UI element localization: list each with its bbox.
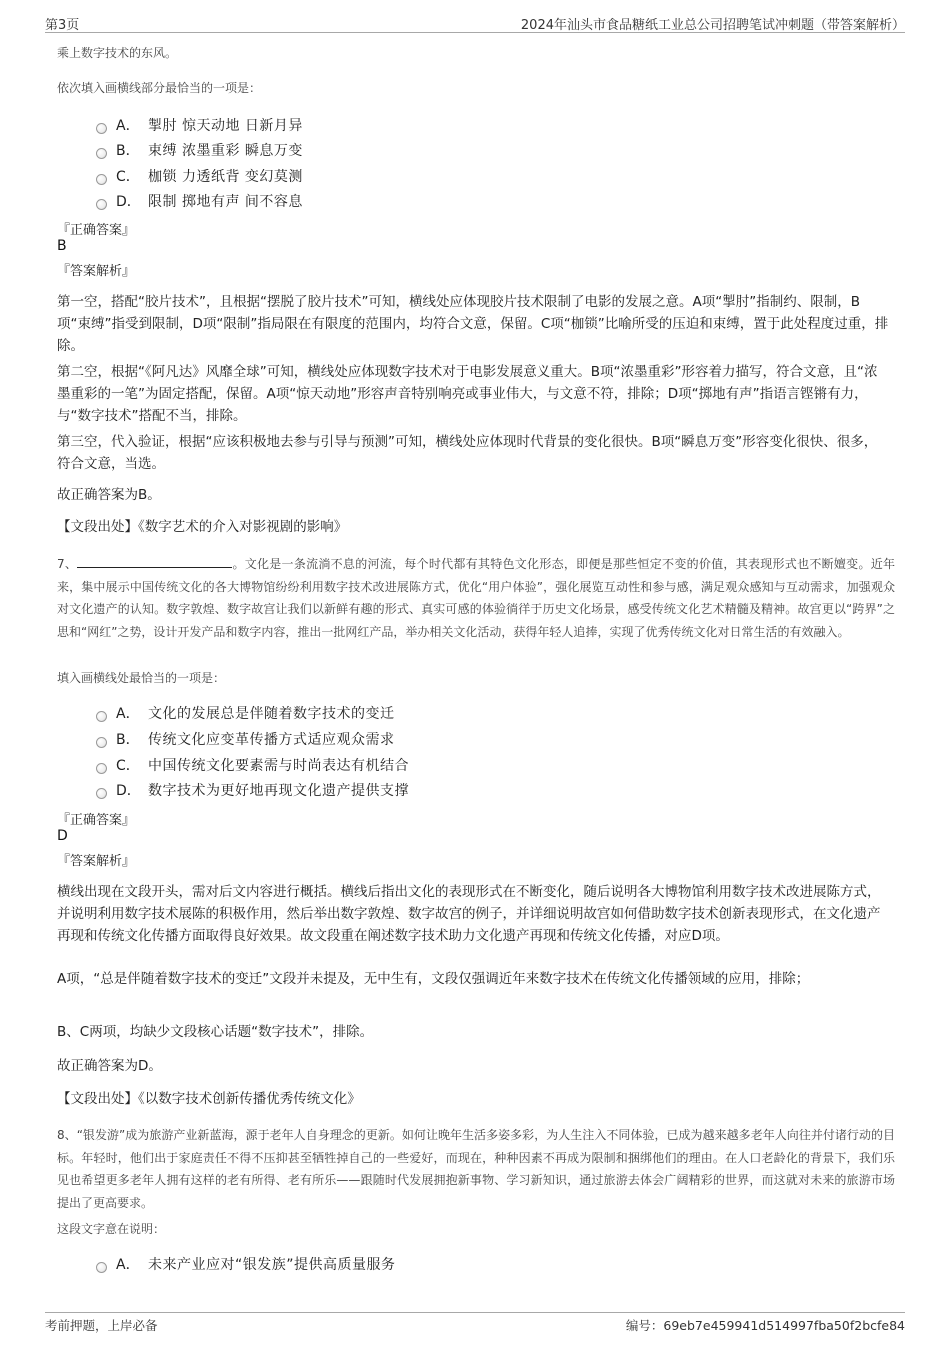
fill-blank bbox=[77, 555, 232, 568]
analysis-paragraph: 第二空，根据“《阿凡达》风靡全球”可知，横线处应体现数字技术对于电影发展意义重大… bbox=[57, 361, 889, 427]
radio-icon[interactable] bbox=[96, 1262, 107, 1273]
radio-icon[interactable] bbox=[96, 737, 107, 748]
question-8-text: 8、“银发游”成为旅游产业新蓝海，源于老年人自身理念的更新。如何让晚年生活多姿多… bbox=[57, 1124, 895, 1214]
analysis-paragraph: 第三空，代入验证，根据“应该积极地去参与引导与预测”可知，横线处应体现时代背景的… bbox=[57, 431, 889, 475]
correct-answer-label: 『正确答案』 bbox=[57, 809, 135, 828]
option-a[interactable]: A． 文化的发展总是伴随着数字技术的变迁 bbox=[96, 703, 395, 723]
conclusion: 故正确答案为D。 bbox=[57, 1055, 162, 1077]
option-a[interactable]: A． 未来产业应对“银发族”提供高质量服务 bbox=[96, 1254, 396, 1274]
option-b[interactable]: B． 传统文化应变革传播方式适应观众需求 bbox=[96, 729, 395, 749]
analysis-label: 『答案解析』 bbox=[57, 850, 135, 869]
source-citation: 【文段出处】《以数字技术创新传播优秀传统文化》 bbox=[57, 1088, 361, 1110]
option-c[interactable]: C． 枷锁 力透纸背 变幻莫测 bbox=[96, 166, 303, 186]
document-title: 2024年汕头市食品糖纸工业总公司招聘笔试冲刺题（带答案解析） bbox=[521, 14, 905, 33]
question-prompt: 这段文字意在说明： bbox=[57, 1220, 165, 1237]
radio-icon[interactable] bbox=[96, 763, 107, 774]
radio-icon[interactable] bbox=[96, 148, 107, 159]
correct-answer: B bbox=[57, 238, 67, 254]
radio-icon[interactable] bbox=[96, 199, 107, 210]
radio-icon[interactable] bbox=[96, 711, 107, 722]
document-id: 编号：69eb7e459941d514997fba50f2bcfe84 bbox=[626, 1316, 905, 1334]
page-footer: 考前押题，上岸必备 编号：69eb7e459941d514997fba50f2b… bbox=[45, 1312, 905, 1313]
footer-slogan: 考前押题，上岸必备 bbox=[45, 1316, 158, 1334]
question-text-tail: 乘上数字技术的东风。 bbox=[57, 44, 177, 61]
page-header: 第3页 2024年汕头市食品糖纸工业总公司招聘笔试冲刺题（带答案解析） bbox=[45, 12, 905, 33]
question-prompt: 依次填入画横线部分最恰当的一项是： bbox=[57, 79, 261, 96]
option-a[interactable]: A． 掣肘 惊天动地 日新月异 bbox=[96, 115, 303, 135]
radio-icon[interactable] bbox=[96, 174, 107, 185]
analysis-paragraph: 横线出现在文段开头，需对后文内容进行概括。横线后指出文化的表现形式在不断变化，随… bbox=[57, 881, 889, 947]
analysis-label: 『答案解析』 bbox=[57, 260, 135, 279]
radio-icon[interactable] bbox=[96, 123, 107, 134]
correct-answer-label: 『正确答案』 bbox=[57, 219, 135, 238]
option-d[interactable]: D． 数字技术为更好地再现文化遗产提供支撑 bbox=[96, 780, 409, 800]
source-citation: 【文段出处】《数字艺术的介入对影视剧的影响》 bbox=[57, 516, 347, 538]
option-b[interactable]: B． 束缚 浓墨重彩 瞬息万变 bbox=[96, 140, 303, 160]
option-d[interactable]: D． 限制 掷地有声 间不容息 bbox=[96, 191, 303, 211]
question-7-text: 7、。文化是一条流淌不息的河流，每个时代都有其特色文化形态，即便是那些恒定不变的… bbox=[57, 553, 895, 643]
correct-answer: D bbox=[57, 828, 68, 844]
conclusion: 故正确答案为B。 bbox=[57, 484, 161, 506]
option-c[interactable]: C． 中国传统文化要素需与时尚表达有机结合 bbox=[96, 755, 409, 775]
analysis-paragraph: B、C两项，均缺少文段核心话题“数字技术”，排除。 bbox=[57, 1021, 373, 1043]
question-prompt: 填入画横线处最恰当的一项是： bbox=[57, 669, 225, 686]
analysis-paragraph: 第一空，搭配“胶片技术”，且根据“摆脱了胶片技术”可知，横线处应体现胶片技术限制… bbox=[57, 291, 889, 357]
radio-icon[interactable] bbox=[96, 788, 107, 799]
page-number: 第3页 bbox=[45, 14, 79, 33]
analysis-paragraph: A项，“总是伴随着数字技术的变迁”文段并未提及，无中生有，文段仅强调近年来数字技… bbox=[57, 968, 889, 990]
